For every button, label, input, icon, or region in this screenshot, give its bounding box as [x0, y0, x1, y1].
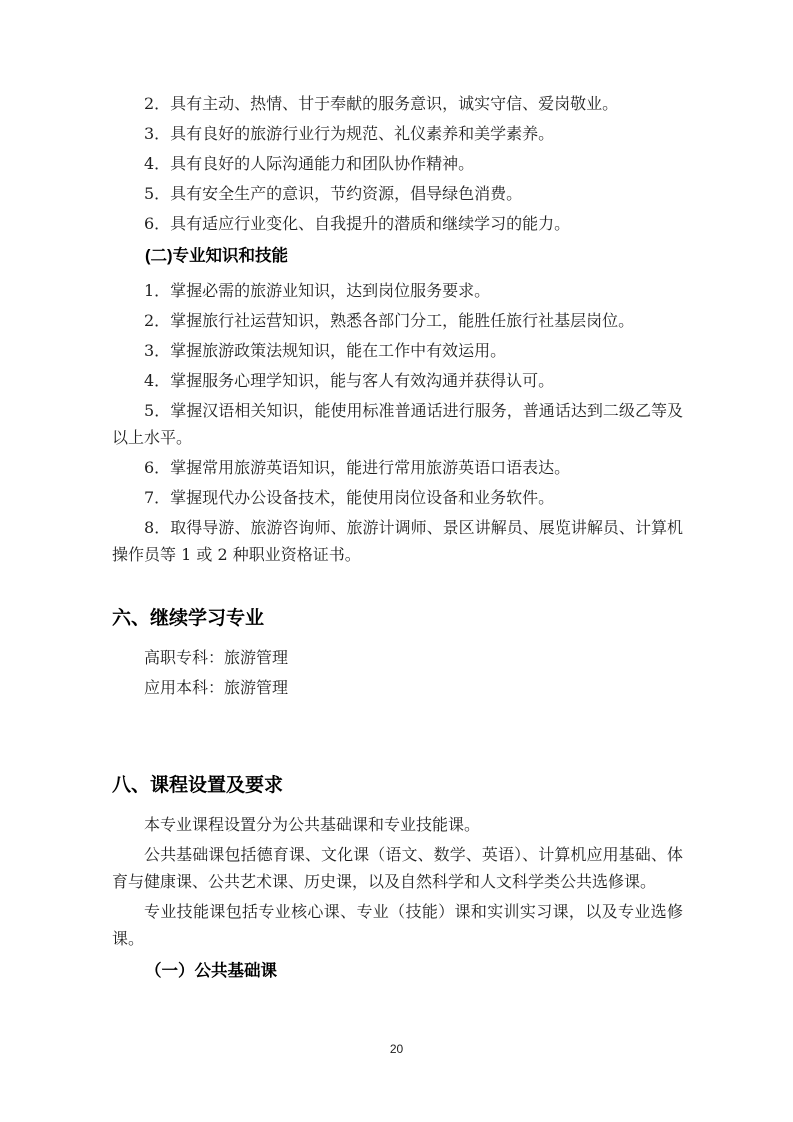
quality-list-item: 2．具有主动、热情、甘于奉献的服务意识，诚实守信、爱岗敬业。 [112, 90, 683, 117]
document-page: 2．具有主动、热情、甘于奉献的服务意识，诚实守信、爱岗敬业。 3．具有良好的旅游… [0, 0, 793, 1122]
subheading-professional-knowledge: (二)专业知识和技能 [112, 243, 683, 270]
section-heading-course-setup: 八、课程设置及要求 [112, 773, 683, 799]
section-heading-continue-study: 六、继续学习专业 [112, 606, 683, 632]
course-paragraph: 专业技能课包括专业核心课、专业（技能）课和实训实习课，以及专业选修课。 [112, 898, 683, 952]
knowledge-list-item: 5．掌握汉语相关知识，能使用标准普通话进行服务，普通话达到二级乙等及以上水平。 [112, 397, 683, 451]
document-content: 2．具有主动、热情、甘于奉献的服务意识，诚实守信、爱岗敬业。 3．具有良好的旅游… [112, 90, 683, 992]
quality-list-item: 5．具有安全生产的意识，节约资源，倡导绿色消费。 [112, 180, 683, 207]
course-paragraph: 本专业课程设置分为公共基础课和专业技能课。 [112, 811, 683, 838]
quality-list-item: 4．具有良好的人际沟通能力和团队协作精神。 [112, 150, 683, 177]
course-paragraph: 公共基础课包括德育课、文化课（语文、数学、英语）、计算机应用基础、体育与健康课、… [112, 841, 683, 895]
continue-study-item: 应用本科：旅游管理 [112, 674, 683, 701]
quality-list-item: 6．具有适应行业变化、自我提升的潜质和继续学习的能力。 [112, 210, 683, 237]
page-number: 20 [0, 1042, 793, 1056]
knowledge-list-item: 3．掌握旅游政策法规知识，能在工作中有效运用。 [112, 337, 683, 364]
knowledge-list-item: 8．取得导游、旅游咨询师、旅游计调师、景区讲解员、展览讲解员、计算机操作员等 1… [112, 514, 683, 568]
knowledge-list-item: 2．掌握旅行社运营知识，熟悉各部门分工，能胜任旅行社基层岗位。 [112, 307, 683, 334]
quality-list-item: 3．具有良好的旅游行业行为规范、礼仪素养和美学素养。 [112, 120, 683, 147]
continue-study-item: 高职专科：旅游管理 [112, 644, 683, 671]
subheading-public-basic-courses: （一）公共基础课 [112, 958, 683, 985]
knowledge-list-item: 1．掌握必需的旅游业知识，达到岗位服务要求。 [112, 277, 683, 304]
knowledge-list-item: 6．掌握常用旅游英语知识，能进行常用旅游英语口语表达。 [112, 454, 683, 481]
knowledge-list-item: 7．掌握现代办公设备技术，能使用岗位设备和业务软件。 [112, 484, 683, 511]
knowledge-list-item: 4．掌握服务心理学知识，能与客人有效沟通并获得认可。 [112, 367, 683, 394]
